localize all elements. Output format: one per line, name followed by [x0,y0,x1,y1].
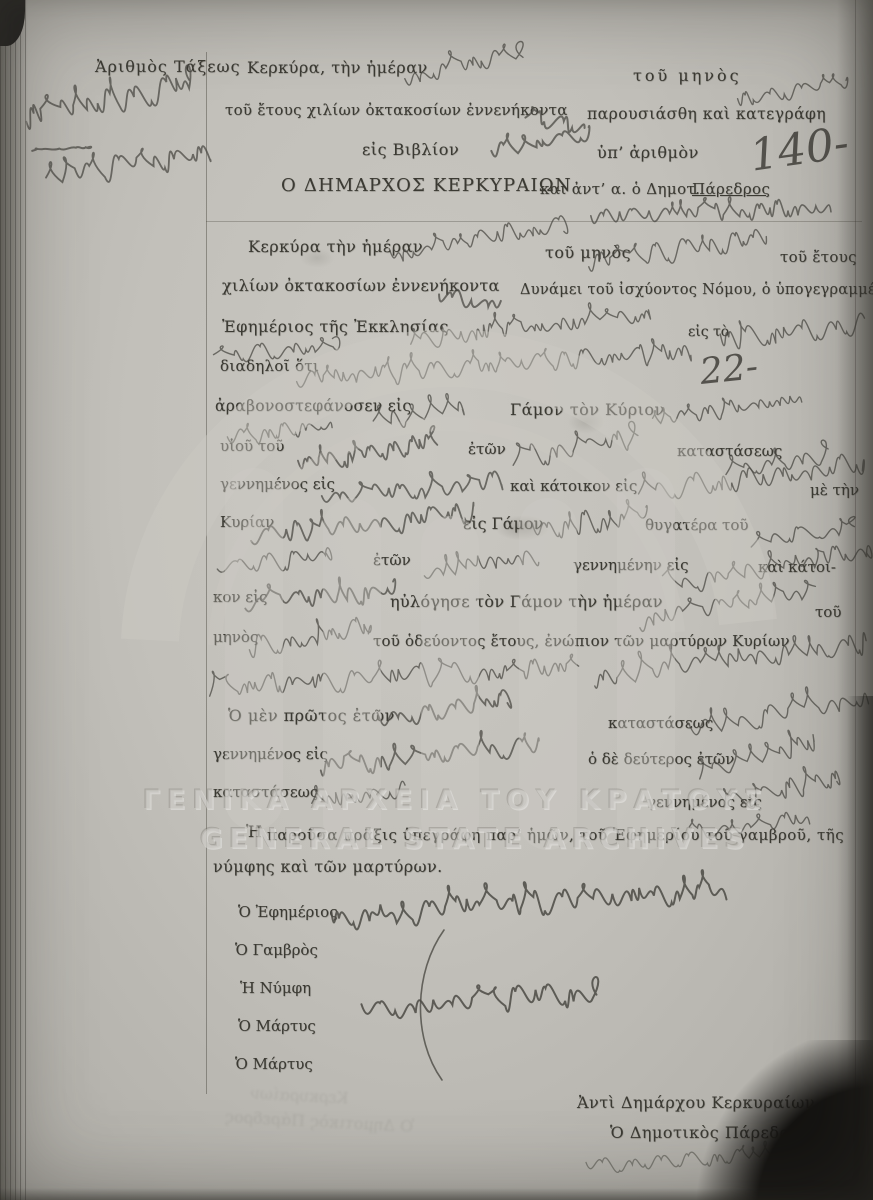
hw-witness1-age-value [376,681,512,730]
hw-margin-underline [32,146,91,151]
hw-groom-name [651,387,802,428]
hw-wedding-day-value [636,574,818,632]
hw-groom-signature [361,975,601,1025]
hw-margin-church [213,334,341,365]
hw-groom-father-left [226,412,333,448]
hw-wedding-month-value [246,611,373,658]
watermark-text-greek: ΓΕΝΙΚΑ ΑΡΧΕΙΑ ΤΟΥ ΚΡΑΤΟΥΣ [143,785,769,816]
hw-body-day-value [388,210,568,264]
hw-witness2-age-value [693,725,817,781]
hw-groom-status-value [723,439,831,482]
hw-witness-names-right [591,617,869,692]
watermark-text-english: GENERAL STATE ARCHIVES [200,822,751,855]
hw-declaration [295,333,691,391]
hw-bride-name [248,491,476,551]
hw-margin-entry-2 [43,132,211,193]
hw-groom-father-name [296,425,439,475]
hw-priest-signature [330,866,727,931]
hw-bride-age-value [421,539,539,583]
handwriting-ink-layer [0,0,873,1200]
hw-body-year-value [438,287,502,313]
hw-bride-father-name [531,497,650,543]
hw-groom-residence [636,445,866,503]
hw-witness-names-left [208,650,579,700]
hw-bride-residence [243,569,398,619]
book-binding-edge [0,0,28,1200]
hw-margin-entry-1 [21,61,196,133]
hw-witness1-birthplace [318,725,540,779]
hw-mayor-signature [590,191,831,228]
hw-header-book-value [489,119,592,157]
hw-bride-left-entry [216,546,332,579]
hw-betrothal-value [371,391,465,432]
hw-header-day-value [401,36,527,86]
hw-header-month-value [736,71,850,109]
bottom-right-corner-shadow [688,1040,873,1200]
hw-body-month-value [586,224,768,274]
hw-header-year-value [524,106,586,136]
hw-groom-age-value [509,421,640,471]
scanned-marriage-register-page: Ἀριθμὸς ΤάξεωςΚερκύρα, τὴν ἡμέραντοῦ μην… [0,0,873,1200]
page-edge-line [855,0,856,1200]
hw-church-value [408,296,651,350]
hw-groom-birthplace [320,466,502,507]
